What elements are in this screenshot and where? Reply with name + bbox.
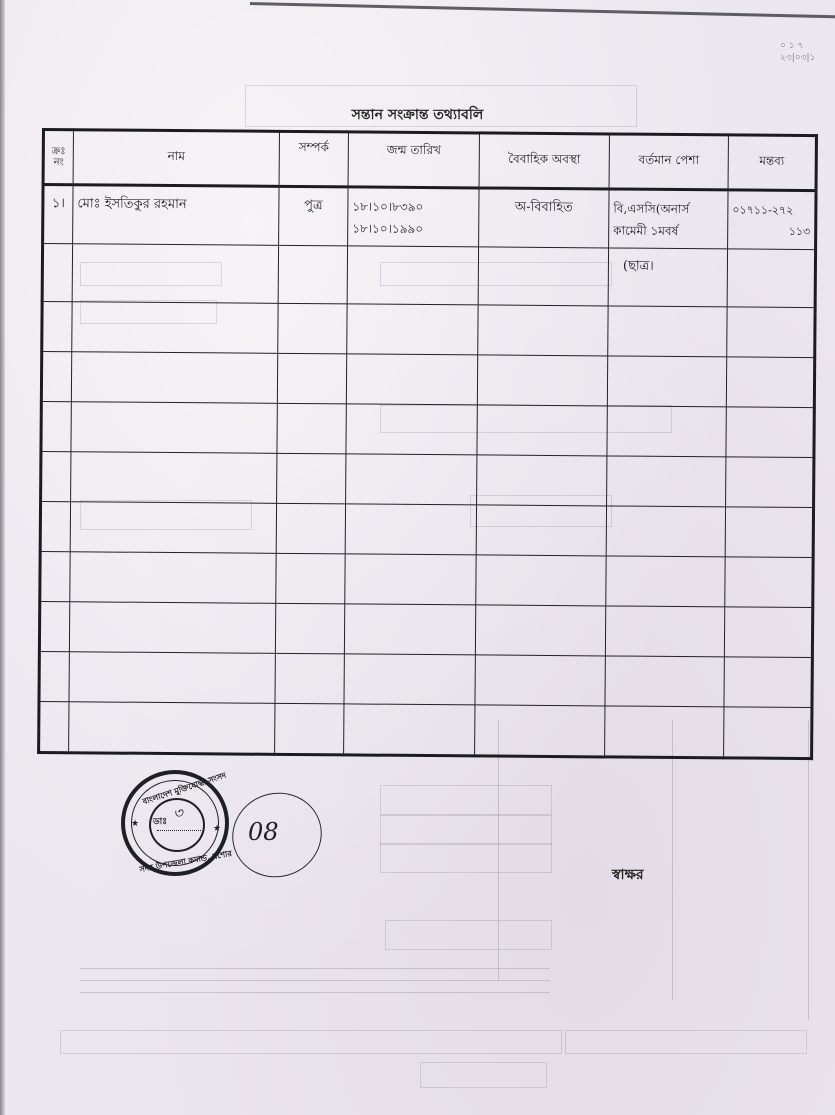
- cell-relation: [277, 403, 346, 454]
- table-row: [42, 302, 815, 358]
- star-icon: ★: [131, 819, 139, 829]
- cell-birth-date: [346, 404, 477, 455]
- cell-birth-date: [346, 354, 477, 405]
- birth-date-line-2: ১৮।১০।১৯৯০: [352, 220, 474, 241]
- header-marital-status: বৈবাহিক অবস্থা: [479, 133, 609, 189]
- official-seal-stamp: বাংলাদেশ মুক্তিযোদ্ধা সংসদ সদর উপজেলা কম…: [121, 770, 229, 876]
- show-through-box: [385, 920, 552, 950]
- corner-note-line: ০ ১ ৭: [780, 40, 815, 52]
- cell-remarks: ০১৭১১-২৭২ ১১৩: [728, 190, 816, 250]
- cell-occupation: [605, 606, 724, 657]
- show-through-line: [80, 968, 550, 969]
- show-through-box: [565, 1030, 807, 1054]
- corner-note-line: ২৩|০৩|১: [780, 52, 815, 64]
- table-row: [41, 452, 814, 508]
- occupation-line-1: বি,এসসি(অনার্স: [613, 200, 723, 221]
- star-icon: ★: [213, 824, 221, 834]
- cell-serial: [41, 452, 71, 502]
- cell-occupation: [607, 456, 726, 507]
- cell-marital-status: [477, 455, 607, 506]
- cell-occupation: [607, 356, 726, 407]
- cell-serial: [39, 651, 69, 701]
- table-header-row: ক্রঃ নং নাম সম্পর্ক জন্ম তারিখ বৈবাহিক অ…: [43, 130, 816, 191]
- table-row: [39, 701, 812, 758]
- cell-remarks: [726, 407, 814, 458]
- cell-name: [70, 552, 276, 604]
- header-serial: ক্রঃ নং: [43, 130, 73, 185]
- cell-serial: [42, 244, 72, 302]
- cell-name: [72, 302, 278, 354]
- cell-relation: [275, 703, 344, 755]
- occupation-line-2: কামেমী ১মবর্ষ: [613, 222, 723, 243]
- show-through-box: [380, 785, 552, 815]
- cell-serial: [40, 502, 70, 552]
- cell-occupation: [607, 406, 726, 457]
- table-row: [40, 551, 813, 607]
- cell-relation: [275, 603, 344, 654]
- cell-serial: [40, 551, 70, 601]
- cell-name: [70, 502, 276, 554]
- cell-name: [69, 602, 275, 654]
- show-through-box: [380, 843, 552, 873]
- birth-date-line-1: ১৮।১০।৮৩৯০: [352, 198, 474, 219]
- table-row: ১। মোঃ ইসতিকুর রহমান পুত্র ১৮।১০।৮৩৯০ ১৮…: [43, 185, 816, 250]
- cell-occupation: [605, 656, 724, 707]
- cell-serial: [42, 302, 72, 352]
- cell-marital-status: [478, 305, 608, 356]
- cell-remarks: [725, 507, 813, 558]
- cell-relation: [275, 653, 344, 704]
- cell-marital-status: [478, 247, 608, 306]
- stamp-center-text: ডাঃ: [153, 814, 167, 829]
- table-row: (ছাত্র।: [42, 244, 815, 308]
- header-name: নাম: [73, 130, 279, 187]
- scan-left-edge: [0, 0, 5, 1115]
- header-birth-date: জন্ম তারিখ: [348, 132, 479, 188]
- cell-marital-status: [477, 405, 607, 456]
- cell-occupation: (ছাত্র।: [608, 248, 727, 307]
- cell-occupation: বি,এসসি(অনার্স কামেমী ১মবর্ষ: [609, 189, 728, 249]
- show-through-box: [380, 815, 552, 845]
- cell-marital-status: অ-বিবাহিত: [479, 188, 609, 248]
- cell-name: [69, 652, 275, 704]
- cell-remarks: [727, 307, 815, 358]
- cell-remarks: [726, 457, 814, 508]
- cell-relation: পুত্র: [279, 186, 348, 246]
- circled-number: 08: [248, 818, 279, 846]
- table-row: [39, 651, 812, 707]
- cell-marital-status: [475, 655, 605, 706]
- stamp-signature-stroke: [157, 830, 201, 832]
- cell-name: [72, 244, 278, 304]
- cell-marital-status: [475, 605, 605, 656]
- cell-serial: [41, 402, 71, 452]
- cell-serial: ১।: [43, 185, 73, 244]
- cell-name: মোঃ ইসতিকুর রহমান: [73, 185, 279, 246]
- remarks-line-1: ০১৭১১-২৭২: [732, 201, 810, 221]
- cell-remarks: [725, 557, 813, 608]
- cell-marital-status: [477, 355, 607, 406]
- cell-birth-date: [346, 454, 477, 505]
- show-through-box: [420, 1062, 547, 1088]
- table-row: [40, 502, 813, 558]
- header-remarks: মন্তব্য: [728, 135, 816, 191]
- cell-birth-date: [344, 654, 475, 705]
- cell-occupation: [605, 706, 724, 758]
- cell-relation: [278, 303, 347, 354]
- table-row: [41, 352, 814, 408]
- cell-serial: [39, 701, 69, 752]
- cell-name: [69, 702, 275, 755]
- signature-label: স্বাক্ষর: [612, 863, 644, 887]
- children-info-table-container: ক্রঃ নং নাম সম্পর্ক জন্ম তারিখ বৈবাহিক অ…: [37, 128, 815, 760]
- cell-name: [71, 352, 277, 404]
- cell-birth-date: [345, 554, 476, 605]
- show-through-box: [60, 1030, 562, 1054]
- show-through-line: [80, 980, 550, 981]
- stamp-signature-mark: ৩: [173, 802, 183, 827]
- corner-handwritten-note: ০ ১ ৭ ২৩|০৩|১: [780, 40, 815, 64]
- cell-relation: [277, 453, 346, 504]
- show-through-line: [498, 720, 499, 980]
- cell-birth-date: [345, 504, 476, 555]
- cell-birth-date: [344, 604, 475, 655]
- children-info-table: ক্রঃ নং নাম সম্পর্ক জন্ম তারিখ বৈবাহিক অ…: [37, 128, 818, 760]
- cell-name: [71, 452, 277, 504]
- cell-serial: [41, 352, 71, 402]
- section-title: সন্তান সংক্রান্ত তথ্যাবলি: [0, 103, 835, 127]
- table-row: [39, 601, 812, 657]
- cell-serial: [39, 601, 69, 651]
- cell-remarks: [724, 607, 812, 658]
- cell-marital-status: [476, 555, 606, 606]
- table-row: [41, 402, 814, 458]
- header-occupation: বর্তমান পেশা: [609, 134, 728, 190]
- cell-relation: [277, 353, 346, 404]
- cell-remarks: [727, 249, 815, 308]
- cell-relation: [278, 245, 347, 304]
- cell-remarks: [724, 657, 812, 708]
- cell-occupation: [608, 306, 727, 357]
- show-through-line: [80, 992, 550, 993]
- header-relation: সম্পর্ক: [279, 131, 348, 187]
- cell-name: [71, 402, 277, 454]
- cell-occupation: [606, 556, 725, 607]
- cell-occupation: [606, 506, 725, 557]
- cell-remarks: [724, 707, 812, 759]
- cell-relation: [276, 553, 345, 604]
- show-through-line: [672, 720, 673, 1000]
- show-through-line: [808, 720, 809, 1020]
- cell-marital-status: [475, 705, 605, 757]
- cell-birth-date: ১৮।১০।৮৩৯০ ১৮।১০।১৯৯০: [348, 187, 479, 247]
- remarks-line-2: ১১৩: [732, 222, 810, 242]
- cell-birth-date: [347, 246, 478, 305]
- cell-birth-date: [347, 304, 478, 355]
- cell-relation: [276, 503, 345, 554]
- cell-marital-status: [476, 505, 606, 556]
- cell-remarks: [726, 357, 814, 408]
- cell-birth-date: [344, 704, 475, 756]
